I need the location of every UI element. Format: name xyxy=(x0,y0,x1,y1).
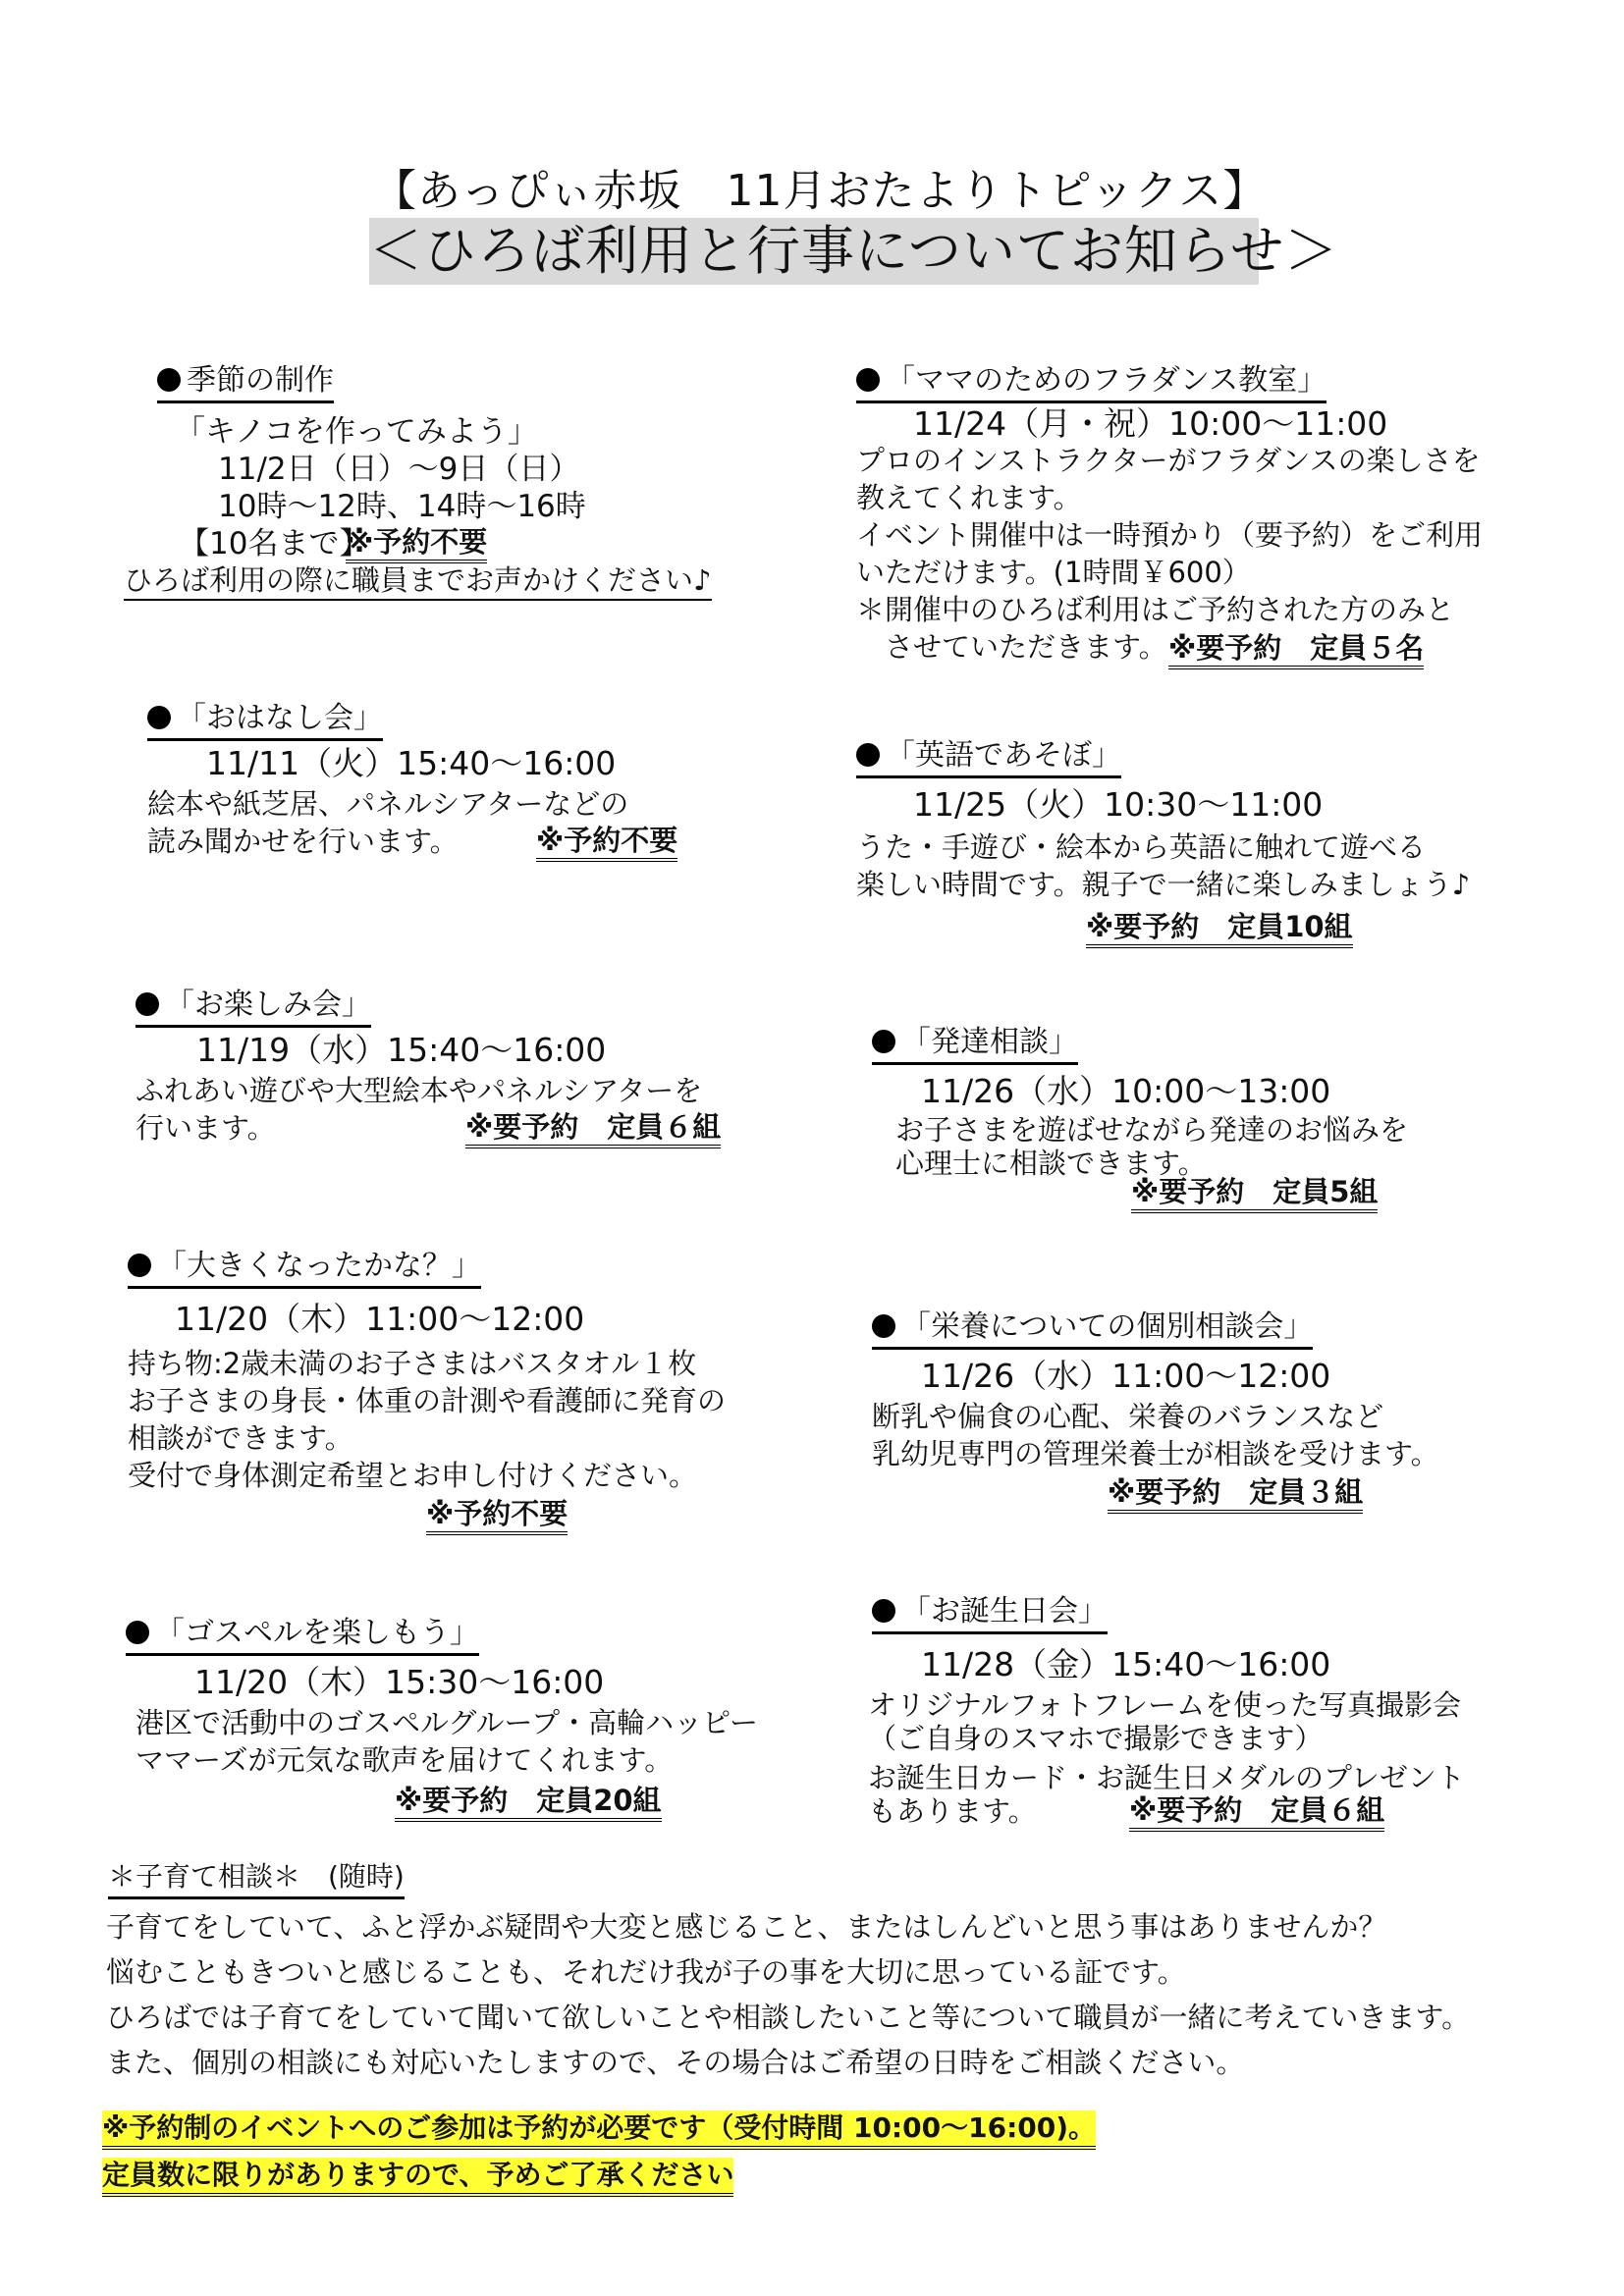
event-description: お子さまを遊ばせながら発達のお悩みを 心理士に相談できます。 xyxy=(895,1113,1408,1180)
event-note: ※予約不要 xyxy=(426,1496,568,1535)
event-heading-ookiku: 「大きくなったかな？」 xyxy=(128,1249,481,1289)
event-datetime: 11/11（火）15:40～16:00 xyxy=(206,744,616,783)
event-description: 断乳や偏食の心配、栄養のバランスなど 乳幼児専門の管理栄養士が相談を受けます。 xyxy=(872,1398,1439,1472)
bullet-icon xyxy=(872,1314,895,1338)
event-datetime: 11/26（水）11:00～12:00 xyxy=(921,1357,1330,1396)
event-note: ※予約不要 xyxy=(536,823,677,862)
event-heading-birthday: 「お誕生日会」 xyxy=(872,1594,1108,1634)
bullet-icon xyxy=(147,706,171,729)
event-seasonal: 季節の制作 xyxy=(157,363,334,403)
notice-reservation: ※予約制のイベントへのご参加は予約が必要です（受付時間 10:00～16:00)… xyxy=(102,2110,1096,2150)
event-note: ※要予約 定員６組 xyxy=(1129,1792,1384,1832)
bullet-icon xyxy=(856,368,880,392)
event-note: ※要予約 定員６組 xyxy=(465,1109,721,1148)
event-subtitle: 「キノコを作ってみよう」 xyxy=(175,412,538,452)
event-heading-hula: 「ママのためのフラダンス教室」 xyxy=(856,363,1326,403)
event-heading-hattatsu: 「発達相談」 xyxy=(872,1025,1078,1065)
event-time: 10時～12時、14時～16時 xyxy=(218,487,586,526)
consult-heading: ＊子育て相談＊ (随時) xyxy=(108,1859,405,1899)
notice-capacity: 定員数に限りがありますので、予めご了承ください xyxy=(102,2158,733,2197)
bullet-icon xyxy=(872,1599,895,1623)
event-heading-otanoshimi: 「お楽しみ会」 xyxy=(135,988,371,1028)
bullet-icon xyxy=(126,1621,149,1644)
bullet-icon xyxy=(128,1254,151,1277)
event-note: ※要予約 定員10組 xyxy=(1086,909,1353,948)
event-description: 港区で活動中のゴスペルグループ・高輪ハッピー ママーズが元気な歌声を届けてくれま… xyxy=(135,1704,758,1779)
event-description: うた・手遊び・絵本から英語に触れて遊べる 楽しい時間です。親子で一緒に楽しみまし… xyxy=(856,828,1470,903)
consult-paragraphs: 子育てをしていて、ふと浮かぶ疑問や大変と感じること、またはしんどいと思う事はあり… xyxy=(106,1904,1470,2085)
event-note: ※要予約 定員３組 xyxy=(1108,1474,1363,1514)
bullet-icon xyxy=(856,743,880,767)
event-note: ※予約不要 xyxy=(346,524,487,563)
bullet-icon xyxy=(872,1030,895,1053)
event-description: 持ち物:2歳未満のお子さまはバスタオル１枚 お子さまの身長・体重の計測や看護師に… xyxy=(128,1345,726,1494)
event-datetime: 11/25（火）10:30～11:00 xyxy=(913,785,1323,825)
event-heading-gospel: 「ゴスペルを楽しもう」 xyxy=(126,1616,479,1656)
event-datetime: 11/19（水）15:40～16:00 xyxy=(196,1031,606,1070)
event-footer: ひろば利用の際に職員までお声かけください♪ xyxy=(124,561,712,601)
event-datetime: 11/26（水）10:00～13:00 xyxy=(921,1072,1330,1111)
event-note: ※要予約 定員20組 xyxy=(395,1783,662,1822)
event-datetime: 11/20（木）11:00～12:00 xyxy=(175,1300,584,1339)
event-datetime: 11/28（金）15:40～16:00 xyxy=(921,1645,1330,1684)
event-datetime: 11/20（木）15:30～16:00 xyxy=(194,1663,604,1702)
event-heading-eiyou: 「栄養についての個別相談会」 xyxy=(872,1309,1313,1350)
page-banner: ＜ひろば利用と行事についてお知らせ＞ xyxy=(369,218,1259,285)
bullet-icon xyxy=(157,368,181,392)
event-heading-english: 「英語であそぼ」 xyxy=(856,738,1121,778)
event-heading: 季節の制作 xyxy=(157,363,334,403)
event-capacity: 【10名まで】 xyxy=(179,524,369,563)
page-title: 【あっぴぃ赤坂 11月おたよりトピックス】 xyxy=(373,155,1267,218)
event-note: ※要予約 定員5組 xyxy=(1131,1174,1378,1213)
event-heading-ohanashi: 「おはなし会」 xyxy=(147,701,383,741)
event-datetime: 11/24（月・祝）10:00～11:00 xyxy=(913,404,1387,444)
bullet-icon xyxy=(135,992,159,1016)
event-date: 11/2日（日）～9日（日） xyxy=(218,450,579,489)
event-note: ※要予約 定員５名 xyxy=(1168,630,1424,669)
